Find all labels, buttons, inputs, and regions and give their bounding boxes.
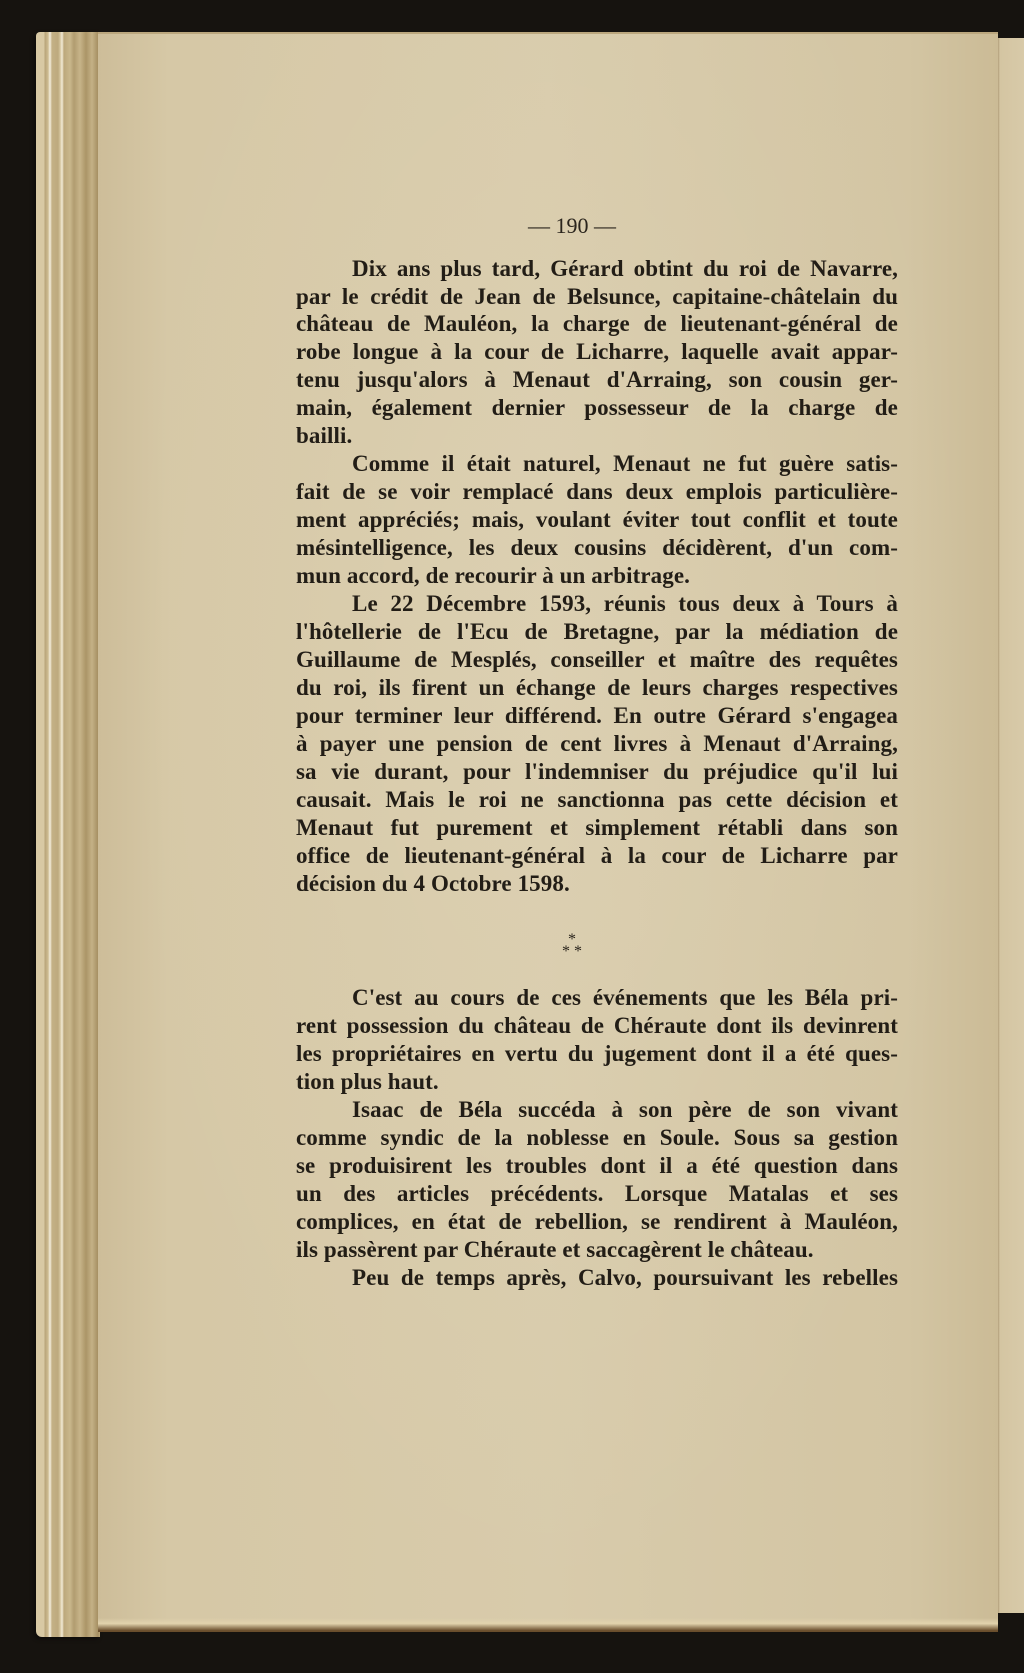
text-line: Peu de temps après, Calvo, poursuivant l… (352, 1264, 898, 1292)
text-line: Menaut fut purement et simplement rétabl… (296, 814, 898, 842)
text-line: Dix ans plus tard, Gérard obtint du roi … (352, 255, 898, 283)
section-break-asterism: * * * (0, 934, 1024, 958)
text-line: mun accord, de recourir à un arbitrage. (296, 562, 898, 590)
text-line: Comme il était naturel, Menaut ne fut gu… (352, 450, 898, 478)
text-line: office de lieutenant-général à la cour d… (296, 842, 898, 870)
text-line: Guillaume de Mesplés, conseiller et maît… (296, 646, 898, 674)
text-line: main, également dernier possesseur de la… (296, 394, 898, 422)
text-line: mésintelligence, les deux cousins décidè… (296, 534, 898, 562)
text-line: Isaac de Béla succéda à son père de son … (352, 1096, 898, 1124)
text-line: château de Mauléon, la charge de lieuten… (296, 310, 898, 338)
text-line: robe longue à la cour de Licharre, laque… (296, 338, 898, 366)
text-line: par le crédit de Jean de Belsunce, capit… (296, 283, 898, 311)
text-line: tion plus haut. (296, 1068, 898, 1096)
page-number: — 190 — (0, 213, 1024, 239)
text-line: un des articles précédents. Lorsque Mata… (296, 1180, 898, 1208)
text-line: fait de se voir remplacé dans deux emplo… (296, 478, 898, 506)
text-line: C'est au cours de ces événements que les… (352, 984, 898, 1012)
text-line: bailli. (296, 422, 898, 450)
book-scene: — 190 — Dix ans plus tard, Gérard obtint… (0, 0, 1024, 1673)
text-line: pour terminer leur différend. En outre G… (296, 702, 898, 730)
text-line: comme syndic de la noblesse en Soule. So… (296, 1124, 898, 1152)
adjacent-page-edge (996, 38, 1024, 1613)
text-line: à payer une pension de cent livres à Men… (296, 730, 898, 758)
text-line: Le 22 Décembre 1593, réunis tous deux à … (352, 590, 898, 618)
text-line: l'hôtellerie de l'Ecu de Bretagne, par l… (296, 618, 898, 646)
page-edges-stack (36, 32, 100, 1637)
text-line: les propriétaires en vertu du jugement d… (296, 1040, 898, 1068)
text-line: sa vie durant, pour l'indemniser du préj… (296, 758, 898, 786)
text-line: décision du 4 Octobre 1598. (296, 870, 898, 898)
text-line: causait. Mais le roi ne sanctionna pas c… (296, 786, 898, 814)
asterism-bottom: * * (120, 946, 1024, 958)
text-line: rent possession du château de Chéraute d… (296, 1012, 898, 1040)
text-line: tenu jusqu'alors à Menaut d'Arraing, son… (296, 366, 898, 394)
text-line: se produisirent les troubles dont il a é… (296, 1152, 898, 1180)
text-line: ils passèrent par Chéraute et saccagèren… (296, 1236, 898, 1264)
text-line: ment appréciés; mais, voulant éviter tou… (296, 506, 898, 534)
text-line: complices, en état de rebellion, se rend… (296, 1208, 898, 1236)
text-line: du roi, ils firent un échange de leurs c… (296, 674, 898, 702)
